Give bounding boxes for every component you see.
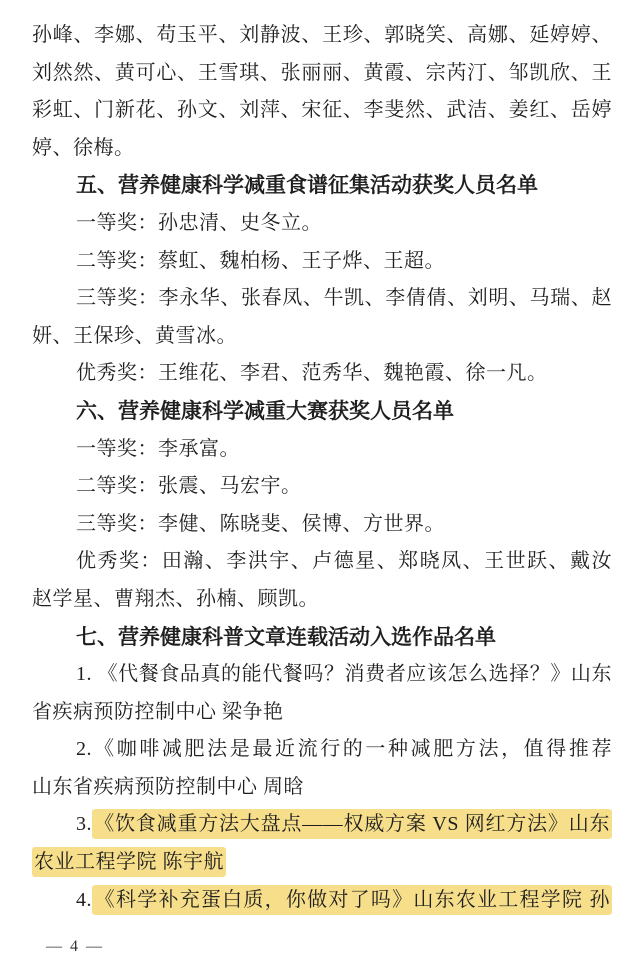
item-number: 3. <box>76 813 92 835</box>
names-continuation-line-1: 孙峰、李娜、苟玉平、刘静波、王珍、郭晓笑、高娜、延婷婷、 <box>32 17 612 55</box>
section-6-third-prize: 三等奖：李健、陈晓斐、侯博、方世界。 <box>32 506 612 544</box>
item-number: 4. <box>76 889 92 911</box>
section-6-excellence-prize-line-1: 优秀奖：田瀚、李洪宇、卢德星、郑晓凤、王世跃、戴汝倩、 <box>32 543 612 581</box>
section-6-excellence-prize-line-2: 赵学星、曹翔杰、孙楠、顾凯。 <box>32 581 612 619</box>
section-5-second-prize: 二等奖：蔡虹、魏柏杨、王子烨、王超。 <box>32 243 612 281</box>
section-5-third-prize-line-2: 妍、王保珍、黄雪冰。 <box>32 318 612 356</box>
section-7-item-1-line-2: 省疾病预防控制中心 梁争艳 <box>32 694 612 732</box>
section-7-item-4: 4.《科学补充蛋白质，你做对了吗》山东农业工程学院 孙 <box>32 882 612 920</box>
highlighted-text: 《饮食减重方法大盘点——权威方案 VS 网红方法》山东 <box>92 809 612 839</box>
document-page: 孙峰、李娜、苟玉平、刘静波、王珍、郭晓笑、高娜、延婷婷、刘然然、黄可心、王雪琪、… <box>0 0 644 969</box>
highlighted-text: 《科学补充蛋白质，你做对了吗》山东农业工程学院 孙 <box>92 885 612 915</box>
highlighted-text: 农业工程学院 陈宇航 <box>32 847 226 877</box>
section-5-excellence-prize: 优秀奖：王维花、李君、范秀华、魏艳霞、徐一凡。 <box>32 355 612 393</box>
section-6-heading: 六、营养健康科学减重大赛获奖人员名单 <box>32 393 612 431</box>
section-5-first-prize: 一等奖：孙忠清、史冬立。 <box>32 205 612 243</box>
names-continuation-line-3: 彩虹、门新花、孙文、刘萍、宋征、李斐然、武洁、姜红、岳婷 <box>32 92 612 130</box>
section-5-third-prize-line-1: 三等奖：李永华、张春凤、牛凯、李倩倩、刘明、马瑞、赵 <box>32 280 612 318</box>
page-number: — 4 — <box>46 938 104 956</box>
section-6-first-prize: 一等奖：李承富。 <box>32 431 612 469</box>
section-7-item-2-line-1: 2.《咖啡减肥法是最近流行的一种减肥方法，值得推荐吗？》 <box>32 731 612 769</box>
section-7-item-2-line-2: 山东省疾病预防控制中心 周晗 <box>32 769 612 807</box>
section-7-item-1-line-1: 1. 《代餐食品真的能代餐吗？消费者应该怎么选择？》山东 <box>32 656 612 694</box>
section-7-item-3-line-1: 3.《饮食减重方法大盘点——权威方案 VS 网红方法》山东 <box>32 806 612 844</box>
names-continuation-line-4: 婷、徐梅。 <box>32 130 612 168</box>
section-6-second-prize: 二等奖：张震、马宏宇。 <box>32 468 612 506</box>
section-5-heading: 五、营养健康科学减重食谱征集活动获奖人员名单 <box>32 167 612 205</box>
document-content: 孙峰、李娜、苟玉平、刘静波、王珍、郭晓笑、高娜、延婷婷、刘然然、黄可心、王雪琪、… <box>32 17 612 919</box>
section-7-heading: 七、营养健康科普文章连载活动入选作品名单 <box>32 619 612 657</box>
section-7-item-3-line-2: 农业工程学院 陈宇航 <box>32 844 612 882</box>
names-continuation-line-2: 刘然然、黄可心、王雪琪、张丽丽、黄霞、宗芮汀、邹凯欣、王 <box>32 55 612 93</box>
